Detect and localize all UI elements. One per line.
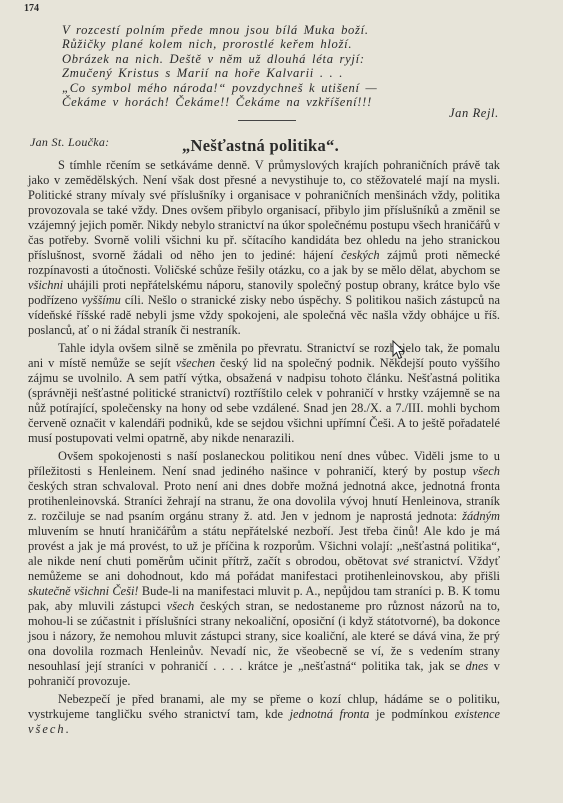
- scanned-page: 174 V rozcestí polním přede mnou jsou bí…: [0, 0, 563, 803]
- article-author: Jan St. Loučka:: [30, 135, 109, 150]
- poem-author: Jan Rejl.: [449, 106, 499, 121]
- poem: V rozcestí polním přede mnou jsou bílá M…: [62, 23, 377, 109]
- poem-line: Růžičky plané kolem nich, prorostlé keře…: [62, 37, 377, 51]
- section-divider: [238, 120, 296, 121]
- article-paragraph: S tímhle rčením se setkáváme denně. V pr…: [28, 158, 500, 338]
- page-number: 174: [24, 3, 39, 14]
- article-paragraph: Tahle idyla ovšem silně se změnila po př…: [28, 341, 500, 446]
- article-body: S tímhle rčením se setkáváme denně. V pr…: [28, 158, 500, 740]
- mouse-pointer-icon: [392, 340, 406, 360]
- poem-line: Zmučený Kristus s Marií na hoře Kalvarii…: [62, 66, 377, 80]
- poem-line: Obrázek na nich. Deště v něm už dlouhá l…: [62, 52, 377, 66]
- poem-line: Čekáme v horách! Čekáme!! Čekáme na vzkř…: [62, 95, 377, 109]
- poem-line: V rozcestí polním přede mnou jsou bílá M…: [62, 23, 377, 37]
- article-title: „Nešťastná politika“.: [182, 136, 339, 156]
- poem-line: „Co symbol mého národa!“ povzdychneš k u…: [62, 81, 377, 95]
- article-paragraph: Nebezpečí je před branami, ale my se pře…: [28, 692, 500, 737]
- article-paragraph: Ovšem spokojenosti s naší poslaneckou po…: [28, 449, 500, 689]
